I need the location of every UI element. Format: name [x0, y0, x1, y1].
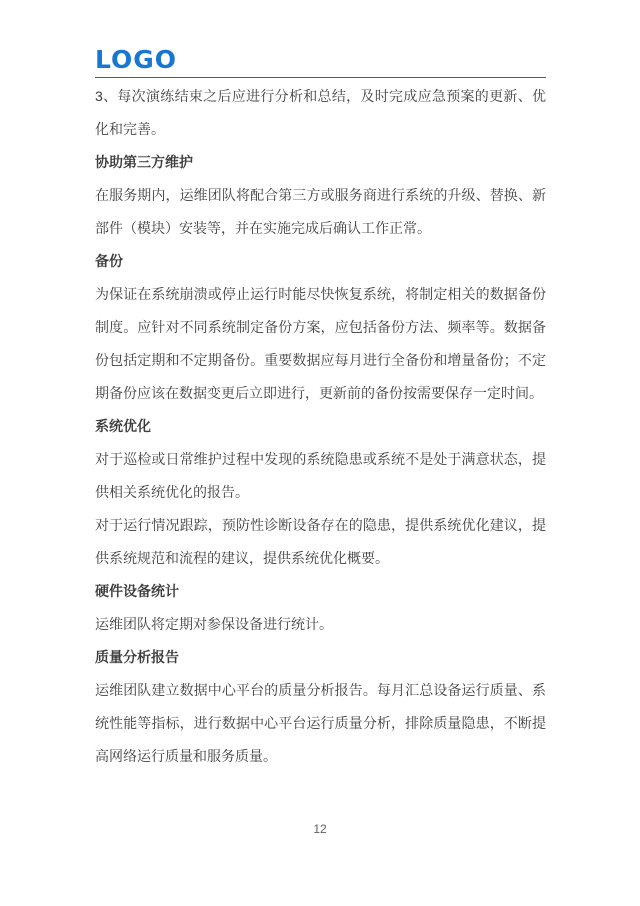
- body-paragraph: 为保证在系统崩溃或停止运行时能尽快恢复系统，将制定相关的数据备份制度。应针对不同…: [95, 278, 546, 410]
- page-number: 12: [313, 822, 326, 836]
- document-page: LOGO 3、每次演练结束之后应进行分析和总结，及时完成应急预案的更新、优化和完…: [0, 0, 640, 906]
- body-paragraph: 运维团队建立数据中心平台的质量分析报告。每月汇总设备运行质量、系统性能等指标，进…: [95, 674, 546, 773]
- section-heading: 硬件设备统计: [95, 575, 546, 608]
- body-paragraph: 对于运行情况跟踪，预防性诊断设备存在的隐患，提供系统优化建议，提供系统规范和流程…: [95, 509, 546, 575]
- page-header: LOGO: [95, 46, 546, 78]
- section-heading: 备份: [95, 245, 546, 278]
- body-paragraph: 运维团队将定期对参保设备进行统计。: [95, 608, 546, 641]
- section-heading: 协助第三方维护: [95, 146, 546, 179]
- section-heading: 质量分析报告: [95, 641, 546, 674]
- body-paragraph: 3、每次演练结束之后应进行分析和总结，及时完成应急预案的更新、优化和完善。: [95, 80, 546, 146]
- document-content: 3、每次演练结束之后应进行分析和总结，及时完成应急预案的更新、优化和完善。协助第…: [95, 80, 546, 773]
- body-paragraph: 对于巡检或日常维护过程中发现的系统隐患或系统不是处于满意状态，提供相关系统优化的…: [95, 443, 546, 509]
- page-footer: 12: [0, 820, 640, 838]
- body-paragraph: 在服务期内，运维团队将配合第三方或服务商进行系统的升级、替换、新部件（模块）安装…: [95, 179, 546, 245]
- logo: LOGO: [95, 46, 546, 74]
- section-heading: 系统优化: [95, 410, 546, 443]
- header-divider: [95, 77, 546, 78]
